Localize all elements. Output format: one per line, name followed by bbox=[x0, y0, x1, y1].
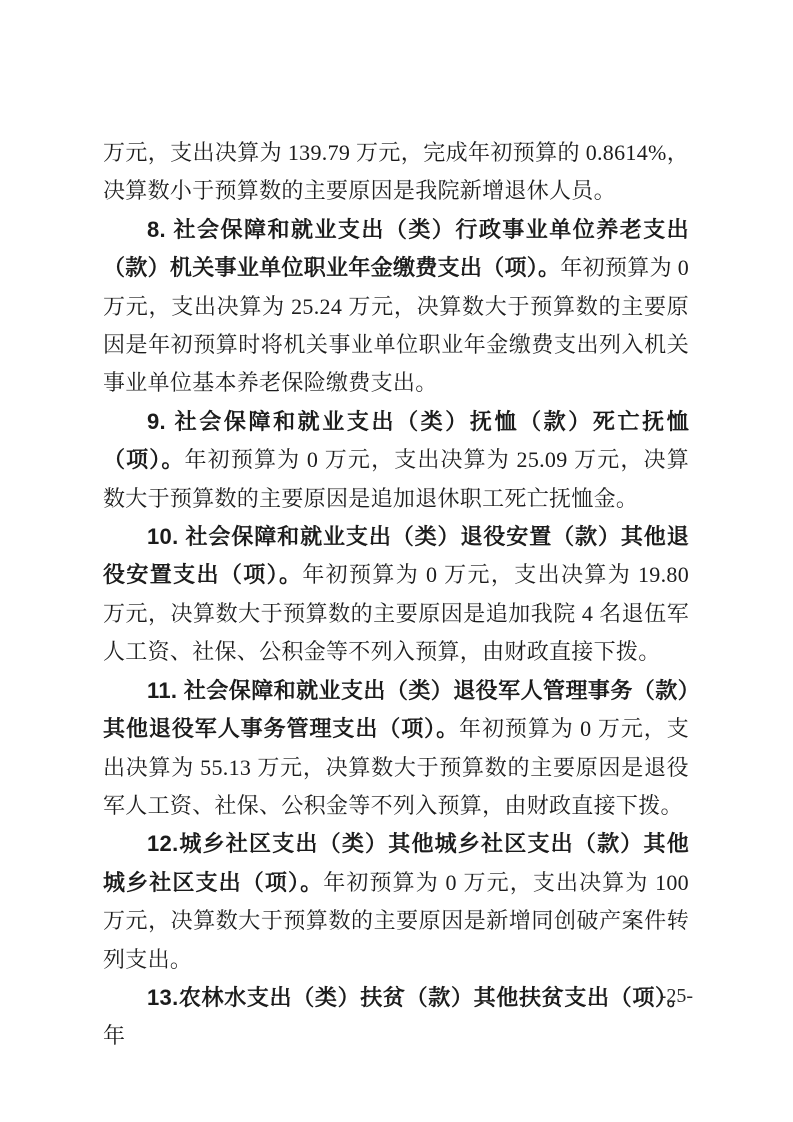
paragraph-number: 13. bbox=[147, 985, 178, 1010]
paragraph-item-9: 9. 社会保障和就业支出（类）抚恤（款）死亡抚恤（项）。年初预算为 0 万元，支… bbox=[103, 403, 689, 518]
paragraph-item-12: 12.城乡社区支出（类）其他城乡社区支出（款）其他城乡社区支出（项）。年初预算为… bbox=[103, 825, 689, 979]
paragraph-number: 11. bbox=[147, 678, 184, 703]
paragraph-body-text: 年 bbox=[103, 1023, 125, 1048]
paragraph-body-text: 年初预算为 0 万元，支出决算为 25.09 万元，决算数大于预算数的主要原因是… bbox=[103, 447, 689, 510]
document-page: 万元，支出决算为 139.79 万元，完成年初预算的 0.8614%，决算数小于… bbox=[0, 0, 793, 1122]
paragraph-body-text: 万元，支出决算为 139.79 万元，完成年初预算的 0.8614%，决算数小于… bbox=[103, 140, 689, 203]
paragraph-number: 10. bbox=[147, 524, 186, 549]
paragraph-number: 8. bbox=[147, 217, 174, 242]
paragraph-continuation: 万元，支出决算为 139.79 万元，完成年初预算的 0.8614%，决算数小于… bbox=[103, 134, 689, 211]
page-number: -25- bbox=[660, 984, 693, 1008]
paragraph-item-8: 8. 社会保障和就业支出（类）行政事业单位养老支出（款）机关事业单位职业年金缴费… bbox=[103, 211, 689, 403]
paragraph-number: 12. bbox=[147, 831, 178, 856]
paragraph-item-10: 10. 社会保障和就业支出（类）退役安置（款）其他退役安置支出（项）。年初预算为… bbox=[103, 518, 689, 672]
paragraph-number: 9. bbox=[147, 409, 175, 434]
paragraph-item-13: 13.农林水支出（类）扶贫（款）其他扶贫支出（项）。年 bbox=[103, 979, 689, 1056]
paragraph-item-11: 11. 社会保障和就业支出（类）退役军人管理事务（款）其他退役军人事务管理支出（… bbox=[103, 672, 689, 826]
paragraph-heading: 农林水支出（类）扶贫（款）其他扶贫支出（项）。 bbox=[178, 985, 689, 1010]
document-body: 万元，支出决算为 139.79 万元，完成年初预算的 0.8614%，决算数小于… bbox=[103, 134, 689, 1056]
